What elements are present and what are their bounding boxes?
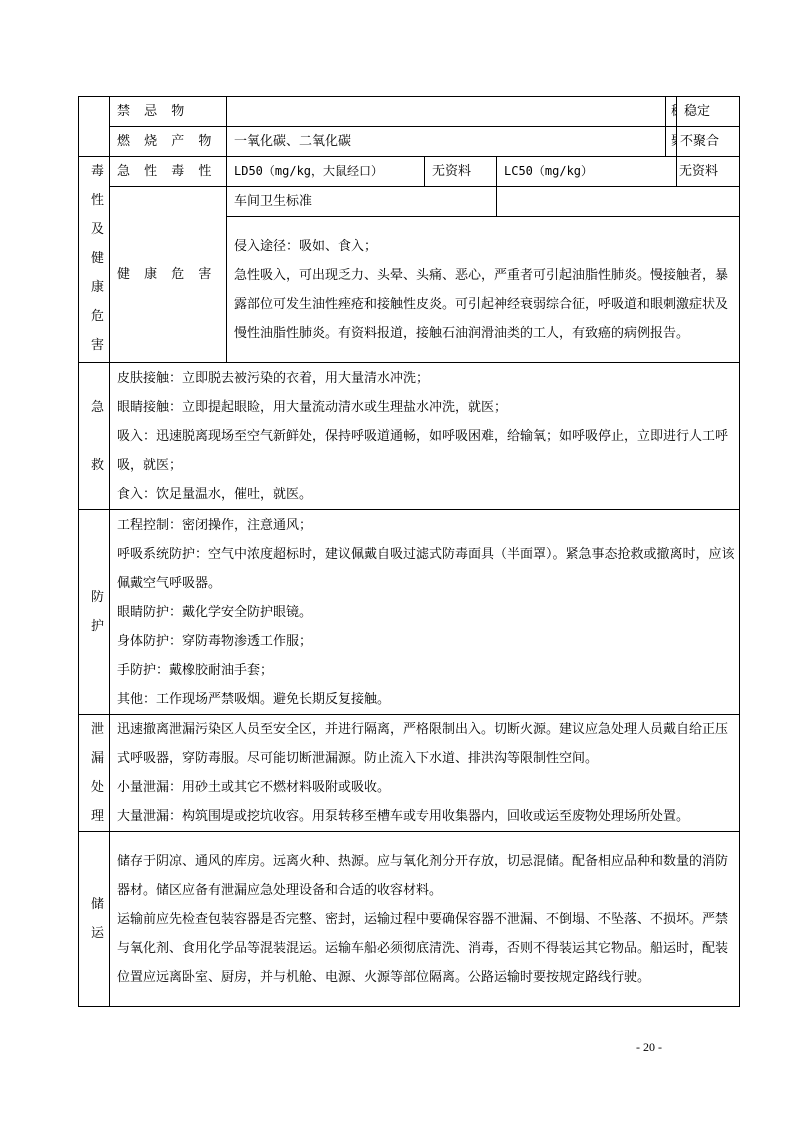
forbidden-value xyxy=(227,97,666,127)
row-acute-toxicity: 毒 性 及 健 康 危 害 急 性 毒 性 LD50（mg/kg，大鼠经口） 无… xyxy=(79,157,740,187)
health-hazard-label: 健 康 危 害 xyxy=(110,187,227,363)
ld50-label: LD50（mg/kg，大鼠经口） xyxy=(227,157,425,187)
combustion-value: 一氧化碳、二氧化碳 xyxy=(227,127,666,157)
storage-category: 储 运 xyxy=(79,832,110,1007)
protection-text: 工程控制：密闭操作，注意通风； 呼吸系统防护：空气中浓度超标时，建议佩戴自吸过滤… xyxy=(110,510,740,715)
first-aid-category: 急 救 xyxy=(79,363,110,510)
protection-category: 防 护 xyxy=(79,510,110,715)
stability-label: 稳定性 xyxy=(666,97,677,127)
row-leak-handling: 泄 漏 处 理 迅速撤离泄漏污染区人员至安全区，并进行隔离，严格限制出入。切断火… xyxy=(79,715,740,832)
lc50-label: LC50（mg/kg） xyxy=(497,157,677,187)
row-protection: 防 护 工程控制：密闭操作，注意通风； 呼吸系统防护：空气中浓度超标时，建议佩戴… xyxy=(79,510,740,715)
health-hazard-text: 侵入途径：吸如、食入； 急性吸入，可出现乏力、头晕、头痛、恶心，严重者可引起油脂… xyxy=(227,217,740,363)
msds-table: 禁 忌 物 稳定性 稳定 燃 烧 产 物 一氧化碳、二氧化碳 聚合危害 不聚合 … xyxy=(78,96,740,1007)
stability-value: 稳定 xyxy=(677,97,740,127)
forbidden-label: 禁 忌 物 xyxy=(110,97,227,127)
row-storage-transport: 储 运 储存于阴凉、通风的库房。远离火种、热源。应与氧化剂分开存放，切忌混储。配… xyxy=(79,832,740,1007)
toxicity-category: 毒 性 及 健 康 危 害 xyxy=(79,157,110,363)
workshop-standard-value xyxy=(497,187,740,217)
blank-category-cell xyxy=(79,97,110,157)
row-combustion: 燃 烧 产 物 一氧化碳、二氧化碳 聚合危害 不聚合 xyxy=(79,127,740,157)
row-workshop-standard: 健 康 危 害 车间卫生标准 xyxy=(79,187,740,217)
workshop-standard-label: 车间卫生标准 xyxy=(227,187,497,217)
acute-toxicity-label: 急 性 毒 性 xyxy=(110,157,227,187)
leak-category: 泄 漏 处 理 xyxy=(79,715,110,832)
leak-text: 迅速撤离泄漏污染区人员至安全区，并进行隔离，严格限制出入。切断火源。建议应急处理… xyxy=(110,715,740,832)
ld50-value: 无资料 xyxy=(425,157,497,187)
row-first-aid: 急 救 皮肤接触：立即脱去被污染的衣着，用大量清水冲洗； 眼睛接触：立即提起眼睑… xyxy=(79,363,740,510)
row-forbidden: 禁 忌 物 稳定性 稳定 xyxy=(79,97,740,127)
combustion-label: 燃 烧 产 物 xyxy=(110,127,227,157)
storage-text: 储存于阴凉、通风的库房。远离火种、热源。应与氧化剂分开存放，切忌混储。配备相应品… xyxy=(110,832,740,1007)
polymer-value: 不聚合 xyxy=(677,127,740,157)
lc50-value: 无资料 xyxy=(677,157,740,187)
first-aid-text: 皮肤接触：立即脱去被污染的衣着，用大量清水冲洗； 眼睛接触：立即提起眼睑，用大量… xyxy=(110,363,740,510)
polymer-label: 聚合危害 xyxy=(666,127,677,157)
page-number: - 20 - xyxy=(636,1040,662,1055)
